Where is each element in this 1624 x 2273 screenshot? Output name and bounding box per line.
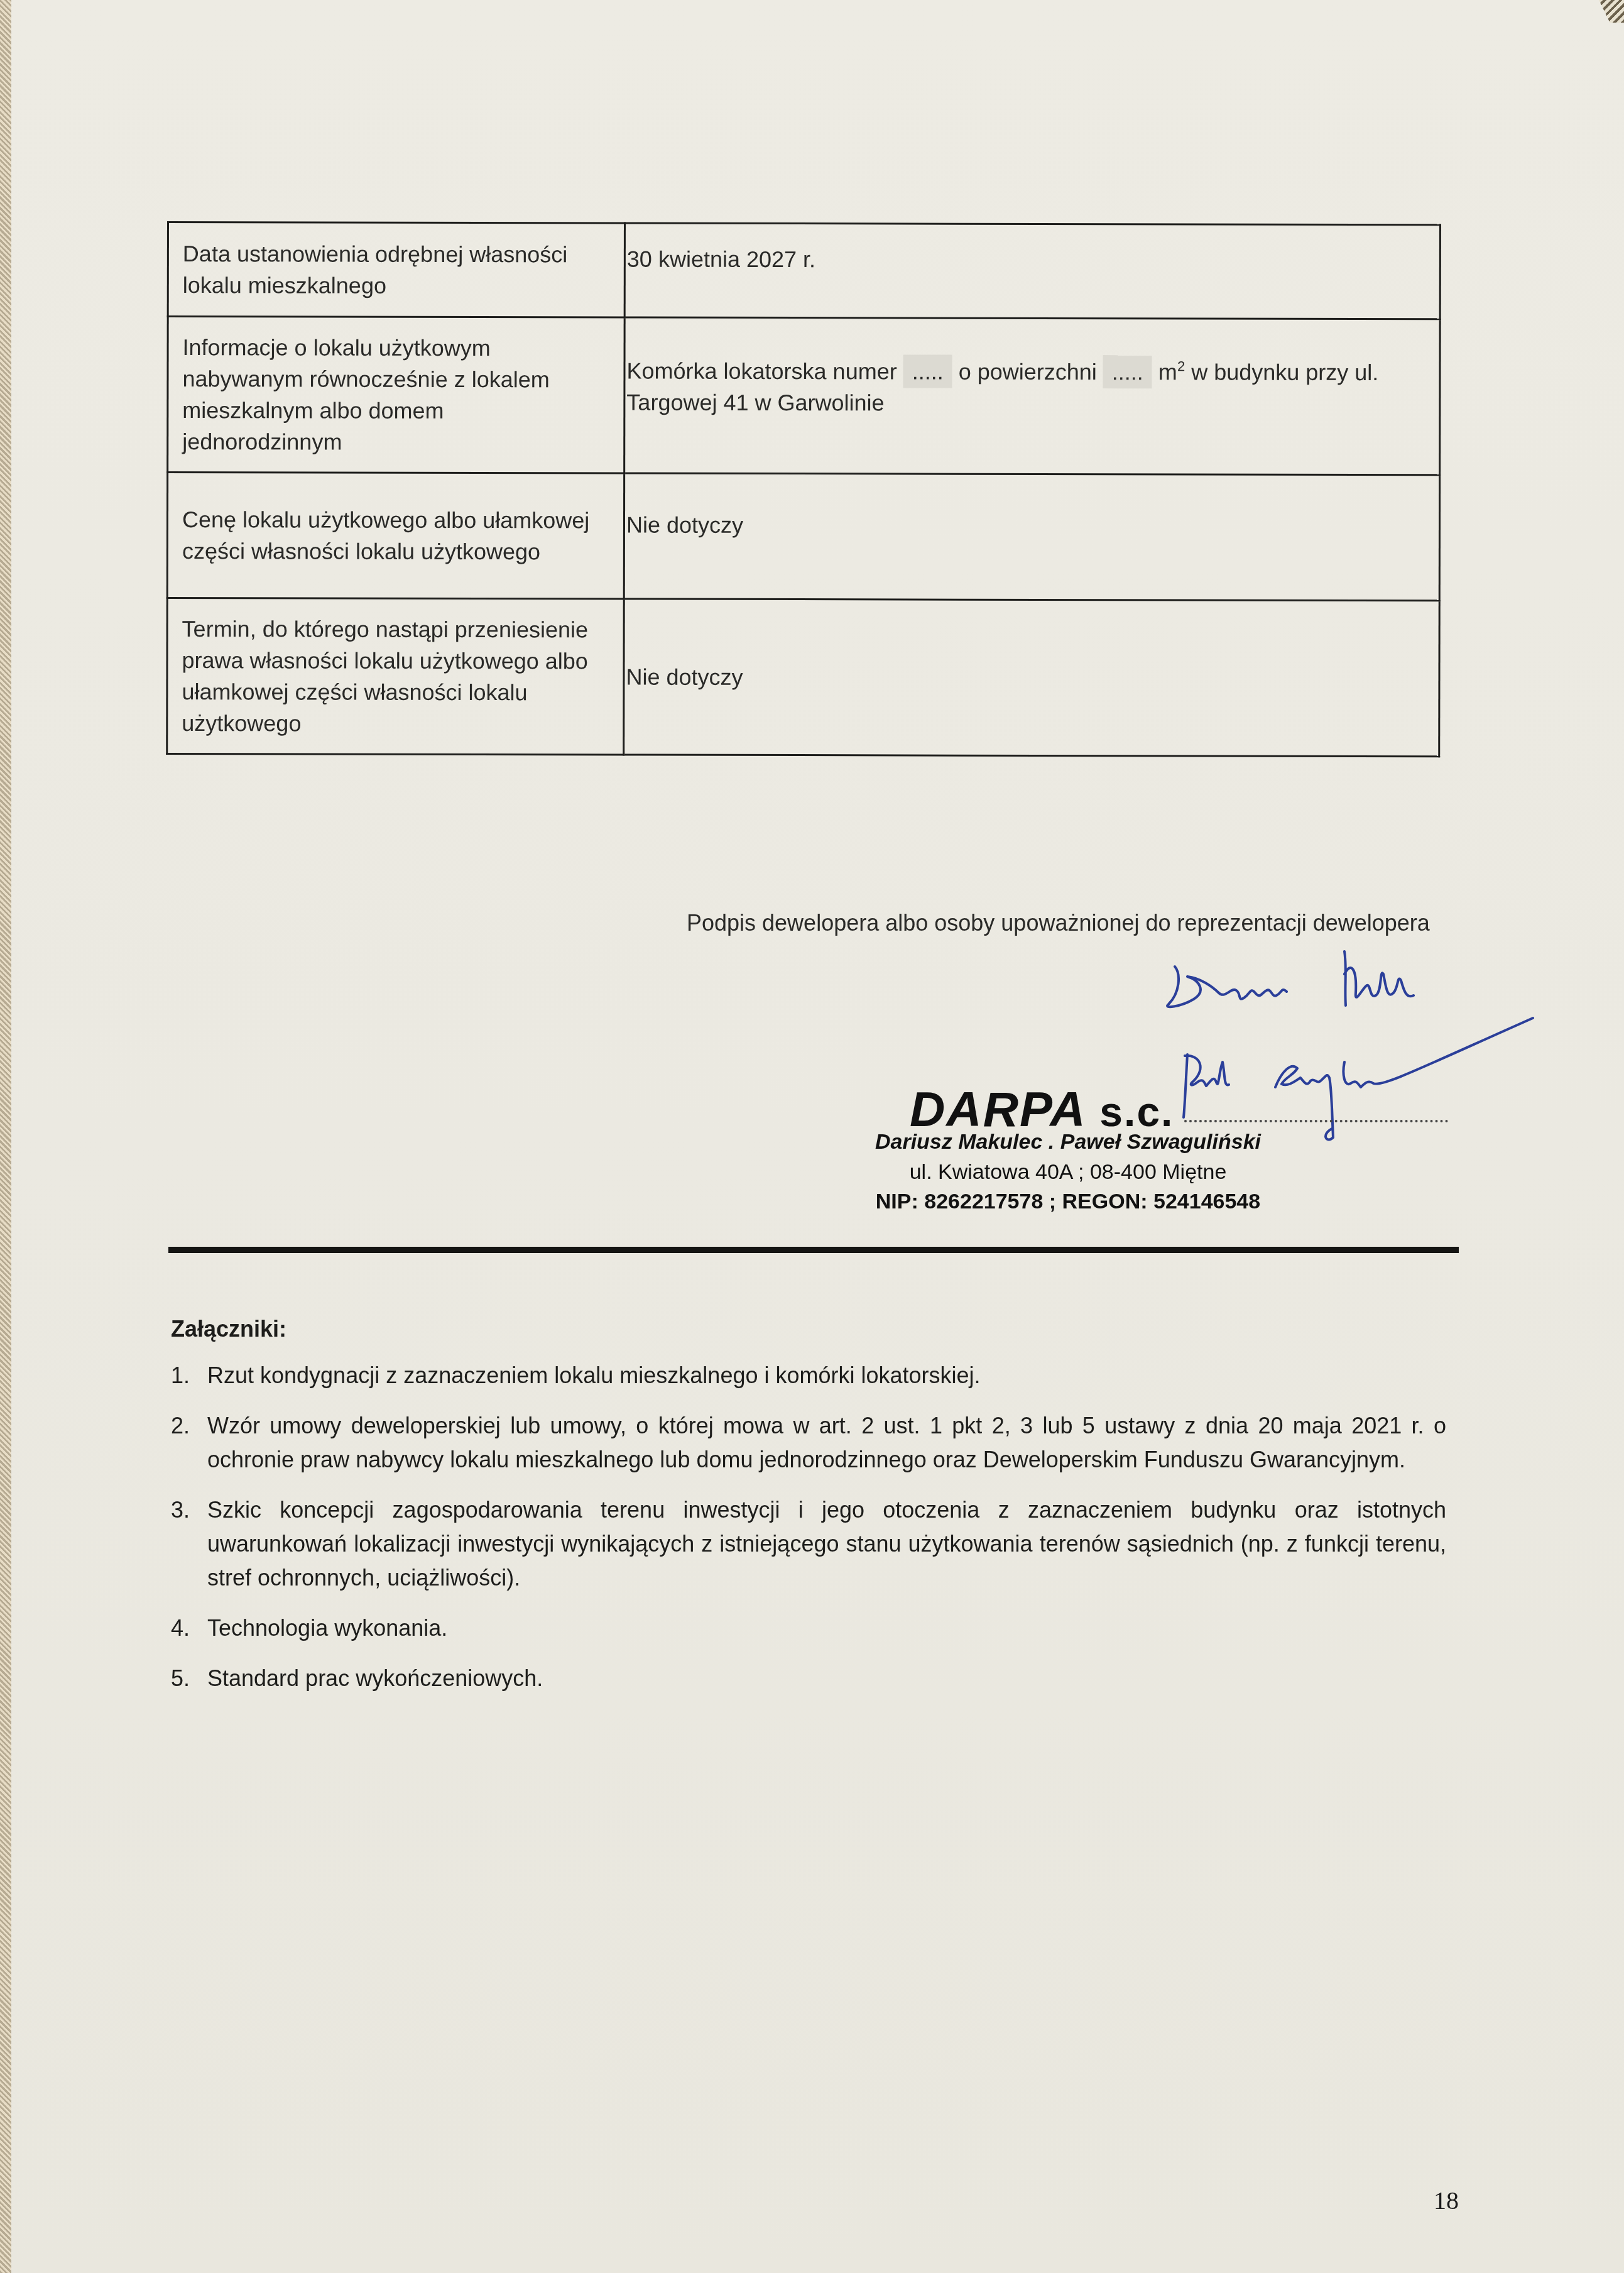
signature-dotted-line [1184,1120,1448,1122]
storage-room-area-field: ..... [1103,355,1152,388]
stamp-tax-ids: NIP: 8262217578 ; REGON: 524146548 [848,1190,1288,1214]
row-value: Komórka lokatorska numer ..... o powierz… [624,317,1441,475]
stamp-address: ul. Kwiatowa 40A ; 08-400 Miętne [848,1160,1288,1185]
developer-info-table: Data ustanowienia odrębnej własności lok… [166,221,1441,757]
row-value: 30 kwietnia 2027 r. [624,223,1440,319]
table-row: Data ustanowienia odrębnej własności lok… [168,222,1440,319]
commercial-unit-price: Nie dotyczy [626,512,743,537]
table-row: Informacje o lokalu użytkowym nabywanym … [168,317,1441,475]
item-text: Standard prac wykończeniowych. [207,1665,543,1691]
item-number: 1. [171,1359,190,1393]
table-row: Cenę lokalu użytkowego albo ułamkowej cz… [167,473,1439,601]
storage-room-area-label: o powierzchni [959,358,1097,384]
item-text: Rzut kondygnacji z zaznaczeniem lokalu m… [207,1362,981,1388]
signature-caption: Podpis dewelopera albo osoby upoważnione… [687,910,1430,936]
list-item: 4.Technologia wykonania. [171,1611,1446,1645]
list-item: 2.Wzór umowy deweloperskiej lub umowy, o… [171,1409,1446,1477]
row-label: Informacje o lokalu użytkowym nabywanym … [168,317,625,474]
row-label: Data ustanowienia odrębnej własności lok… [168,222,624,318]
item-number: 4. [171,1611,190,1645]
item-number: 3. [171,1493,190,1527]
item-number: 5. [171,1662,190,1695]
list-item: 1.Rzut kondygnacji z zaznaczeniem lokalu… [171,1359,1446,1393]
storage-room-number-field: ..... [903,354,952,388]
list-item: 3.Szkic koncepcji zagospodarowania teren… [171,1493,1446,1595]
storage-room-prefix: Komórka lokatorska numer [626,358,896,384]
item-text: Wzór umowy deweloperskiej lub umowy, o k… [207,1413,1446,1472]
row-label: Cenę lokalu użytkowego albo ułamkowej cz… [167,473,624,600]
area-unit: m [1158,359,1177,385]
stamp-owners: Dariusz Makulec . Paweł Szwaguliński [848,1130,1288,1154]
row-label: Termin, do którego nastąpi przeniesienie… [167,598,624,755]
attachments-list: 1.Rzut kondygnacji z zaznaczeniem lokalu… [171,1359,1446,1712]
area-unit-exponent: 2 [1177,358,1185,374]
company-name: DARPA [910,1082,1085,1137]
item-number: 2. [171,1409,190,1443]
ownership-date: 30 kwietnia 2027 r. [627,246,815,272]
section-divider [168,1247,1459,1253]
transfer-deadline: Nie dotyczy [626,664,743,689]
company-suffix: s.c. [1099,1088,1174,1135]
item-text: Szkic koncepcji zagospodarowania terenu … [207,1497,1446,1591]
attachments-heading: Załączniki: [171,1316,286,1342]
page-number: 18 [1434,2186,1459,2215]
row-value: Nie dotyczy [624,599,1440,757]
item-text: Technologia wykonania. [207,1615,447,1641]
list-item: 5.Standard prac wykończeniowych. [171,1662,1446,1695]
background-fabric-edge [0,0,11,2273]
table-row: Termin, do którego nastąpi przeniesienie… [167,598,1440,757]
row-value: Nie dotyczy [624,473,1439,601]
